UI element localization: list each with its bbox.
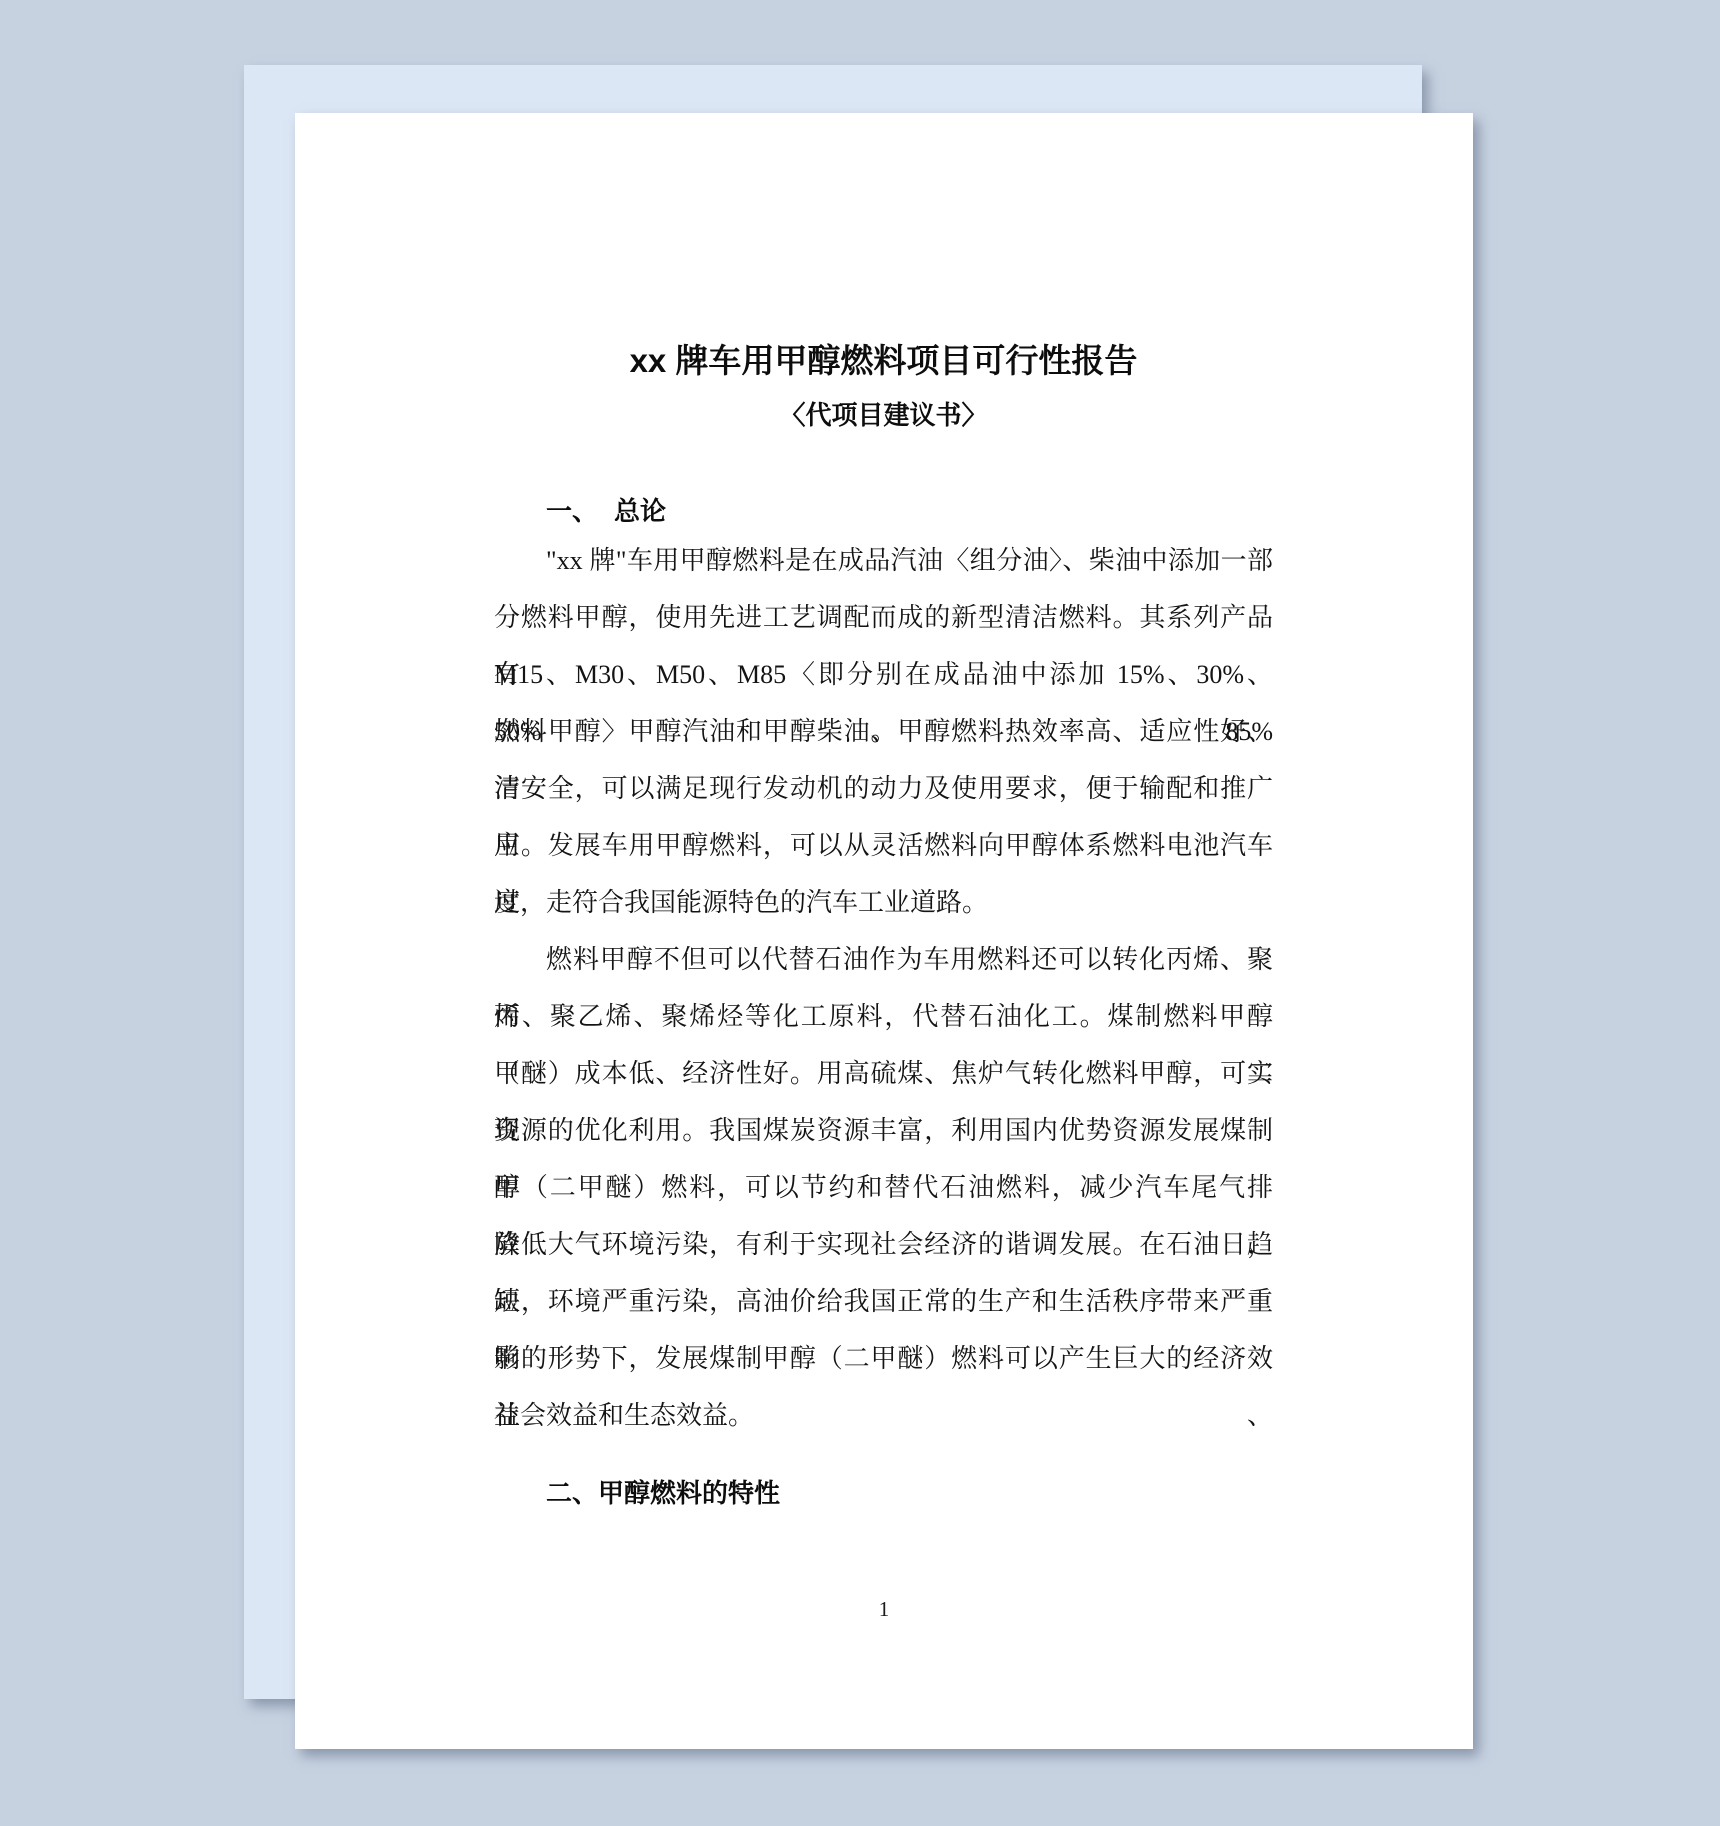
text-line: 资源的优化利用。我国煤炭资源丰富，利用国内优势资源发展煤制甲 <box>494 1102 1273 1159</box>
text-line: 洁安全，可以满足现行发动机的动力及使用要求，便于输配和推广应 <box>494 760 1273 817</box>
text-line: 甲醚）成本低、经济性好。用高硫煤、焦炉气转化燃料甲醇，可实现 <box>494 1045 1273 1102</box>
document-title: xx 牌车用甲醇燃料项目可行性报告 <box>494 339 1273 383</box>
text-line: 燃料甲醇〉甲醇汽油和甲醇柴油。甲醇燃料热效率高、适应性好、清 <box>494 703 1273 760</box>
text-line: 响的形势下，发展煤制甲醇（二甲醚）燃料可以产生巨大的经济效益、 <box>494 1330 1273 1387</box>
text-line: 缺，环境严重污染，高油价给我国正常的生产和生活秩序带来严重影 <box>494 1273 1273 1330</box>
document-page: xx 牌车用甲醇燃料项目可行性报告 〈代项目建议书〉 一、总论 "xx 牌"车用… <box>295 113 1473 1749</box>
section-1-heading: 一、总论 <box>494 491 1273 531</box>
text-line: 分燃料甲醇，使用先进工艺调配而成的新型清洁燃料。其系列产品有 <box>494 589 1273 646</box>
section-1-label: 总论 <box>614 491 666 531</box>
text-line: 烯、聚乙烯、聚烯烃等化工原料，代替石油化工。煤制燃料甲醇（二 <box>494 988 1273 1045</box>
text-line: 用。发展车用甲醇燃料，可以从灵活燃料向甲醇体系燃料电池汽车过 <box>494 817 1273 874</box>
text-line: 醇（二甲醚）燃料，可以节约和替代石油燃料，减少汽车尾气排放， <box>494 1159 1273 1216</box>
text-line: 燃料甲醇不但可以代替石油作为车用燃料还可以转化丙烯、聚丙 <box>494 931 1273 988</box>
text-line: 降低大气环境污染，有利于实现社会经济的谐调发展。在石油日趋短 <box>494 1216 1273 1273</box>
text-line: M15、M30、M50、M85〈即分别在成品油中添加 15%、30%、50%、8… <box>494 646 1273 703</box>
document-subtitle: 〈代项目建议书〉 <box>494 395 1273 435</box>
document-body: "xx 牌"车用甲醇燃料是在成品汽油〈组分油〉、柴油中添加一部 分燃料甲醇，使用… <box>494 532 1273 1444</box>
page-number: 1 <box>295 1597 1473 1621</box>
section-1-number: 一、 <box>546 496 598 526</box>
section-2-heading: 二、甲醇燃料的特性 <box>494 1473 1273 1513</box>
desk-background: xx 牌车用甲醇燃料项目可行性报告 〈代项目建议书〉 一、总论 "xx 牌"车用… <box>0 0 1720 1826</box>
text-line: 度，走符合我国能源特色的汽车工业道路。 <box>494 874 1273 931</box>
text-line: "xx 牌"车用甲醇燃料是在成品汽油〈组分油〉、柴油中添加一部 <box>494 532 1273 589</box>
